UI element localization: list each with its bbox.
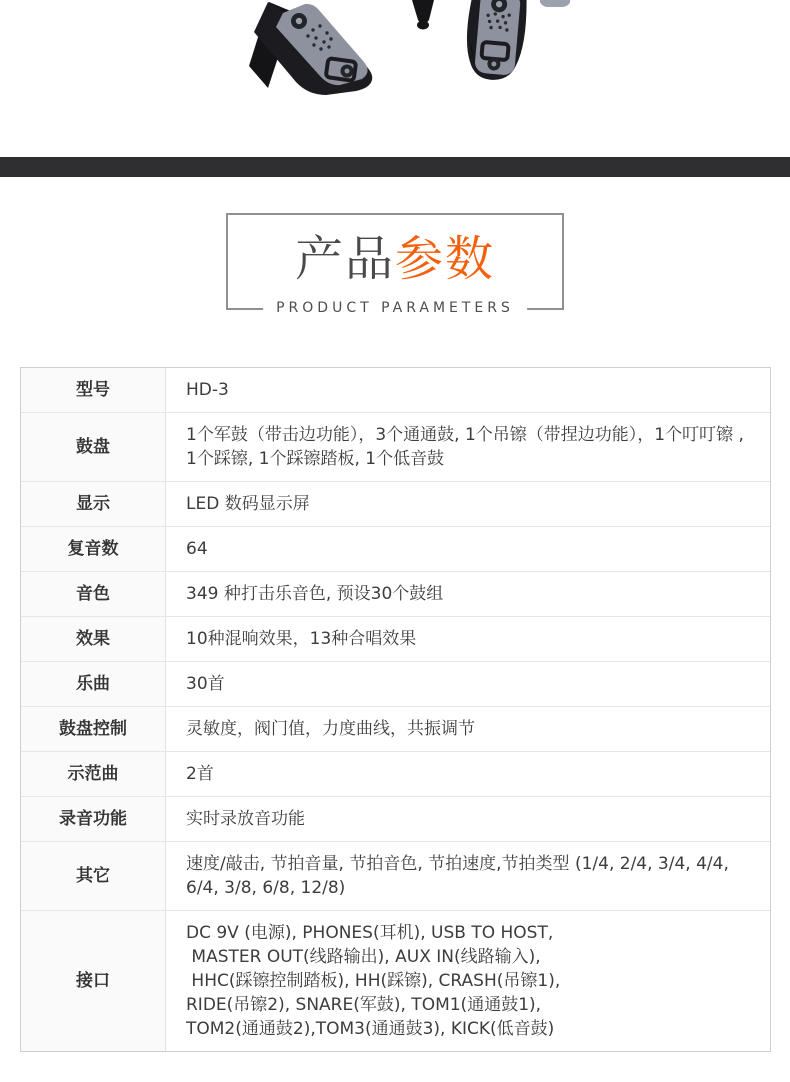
spec-table: 型号HD-3鼓盘1个军鼓（带击边功能），3个通通鼓, 1个吊镲（带捏边功能），1… [20, 367, 771, 1052]
spec-row: 接口DC 9V (电源), PHONES(耳机), USB TO HOST, M… [21, 911, 770, 1051]
drum-beater-rod-icon [412, 0, 434, 30]
spec-row: 效果10种混响效果，13种合唱效果 [21, 617, 770, 662]
spec-row: 录音功能实时录放音功能 [21, 797, 770, 842]
spec-label: 复音数 [21, 527, 166, 571]
spec-label: 其它 [21, 842, 166, 910]
spec-row: 复音数64 [21, 527, 770, 572]
section-divider [0, 157, 790, 177]
spec-value: 灵敏度，阀门值，力度曲线，共振调节 [166, 707, 770, 751]
spec-row: 乐曲30首 [21, 662, 770, 707]
spec-value: DC 9V (电源), PHONES(耳机), USB TO HOST, MAS… [166, 911, 770, 1051]
spec-label: 鼓盘控制 [21, 707, 166, 751]
spec-row: 音色349 种打击乐音色, 预设30个鼓组 [21, 572, 770, 617]
spec-label: 录音功能 [21, 797, 166, 841]
drum-pedal-left-icon [249, 2, 372, 95]
drum-pedal-right-icon [460, 0, 529, 82]
spec-value-line: DC 9V (电源), PHONES(耳机), USB TO HOST, [186, 921, 746, 945]
spec-value: 速度/敲击, 节拍音量, 节拍音色, 节拍速度,节拍类型 (1/4, 2/4, … [166, 842, 770, 910]
page-title-accent: 参数 [395, 231, 495, 287]
spec-label: 音色 [21, 572, 166, 616]
spec-value: 30首 [166, 662, 770, 706]
spec-label: 接口 [21, 911, 166, 1051]
spec-label: 效果 [21, 617, 166, 661]
spec-row: 其它速度/敲击, 节拍音量, 节拍音色, 节拍速度,节拍类型 (1/4, 2/4… [21, 842, 770, 911]
spec-value: 实时录放音功能 [166, 797, 770, 841]
spec-value: HD-3 [166, 368, 770, 412]
spec-value: 64 [166, 527, 770, 571]
spec-value: 1个军鼓（带击边功能），3个通通鼓, 1个吊镲（带捏边功能），1个叮叮镲 , 1… [166, 413, 770, 481]
spec-label: 型号 [21, 368, 166, 412]
spec-value: 349 种打击乐音色, 预设30个鼓组 [166, 572, 770, 616]
spec-label: 显示 [21, 482, 166, 526]
spec-value: 10种混响效果，13种合唱效果 [166, 617, 770, 661]
spec-row: 型号HD-3 [21, 368, 770, 413]
spec-value-line: RIDE(吊镲2), SNARE(军鼓), TOM1(通通鼓1), [186, 993, 746, 1017]
spec-label: 鼓盘 [21, 413, 166, 481]
spec-label: 示范曲 [21, 752, 166, 796]
spec-row: 鼓盘1个军鼓（带击边功能），3个通通鼓, 1个吊镲（带捏边功能），1个叮叮镲 ,… [21, 413, 770, 482]
page-title: 产品参数 [295, 235, 495, 289]
section-header: 产品参数 PRODUCT PARAMETERS [0, 177, 790, 310]
product-parameters-box: 产品参数 PRODUCT PARAMETERS [226, 213, 564, 310]
spec-value-line: HHC(踩镲控制踏板), HH(踩镲), CRASH(吊镲1), [186, 969, 746, 993]
spec-value: 2首 [166, 752, 770, 796]
product-detail-page: 产品参数 PRODUCT PARAMETERS 型号HD-3鼓盘1个军鼓（带击边… [0, 0, 790, 1082]
spec-value: LED 数码显示屏 [166, 482, 770, 526]
page-subtitle: PRODUCT PARAMETERS [263, 300, 527, 316]
page-title-gray: 产品 [295, 231, 395, 287]
spec-label: 乐曲 [21, 662, 166, 706]
cropped-part-icon [540, 0, 570, 7]
spec-row: 鼓盘控制灵敏度，阀门值，力度曲线，共振调节 [21, 707, 770, 752]
hero-image-area [0, 0, 790, 157]
drum-pedals-image [0, 0, 790, 157]
spec-row: 示范曲2首 [21, 752, 770, 797]
spec-value-line: TOM2(通通鼓2),TOM3(通通鼓3), KICK(低音鼓) [186, 1017, 746, 1041]
spec-row: 显示LED 数码显示屏 [21, 482, 770, 527]
spec-value-line: MASTER OUT(线路输出), AUX IN(线路输入), [186, 945, 746, 969]
